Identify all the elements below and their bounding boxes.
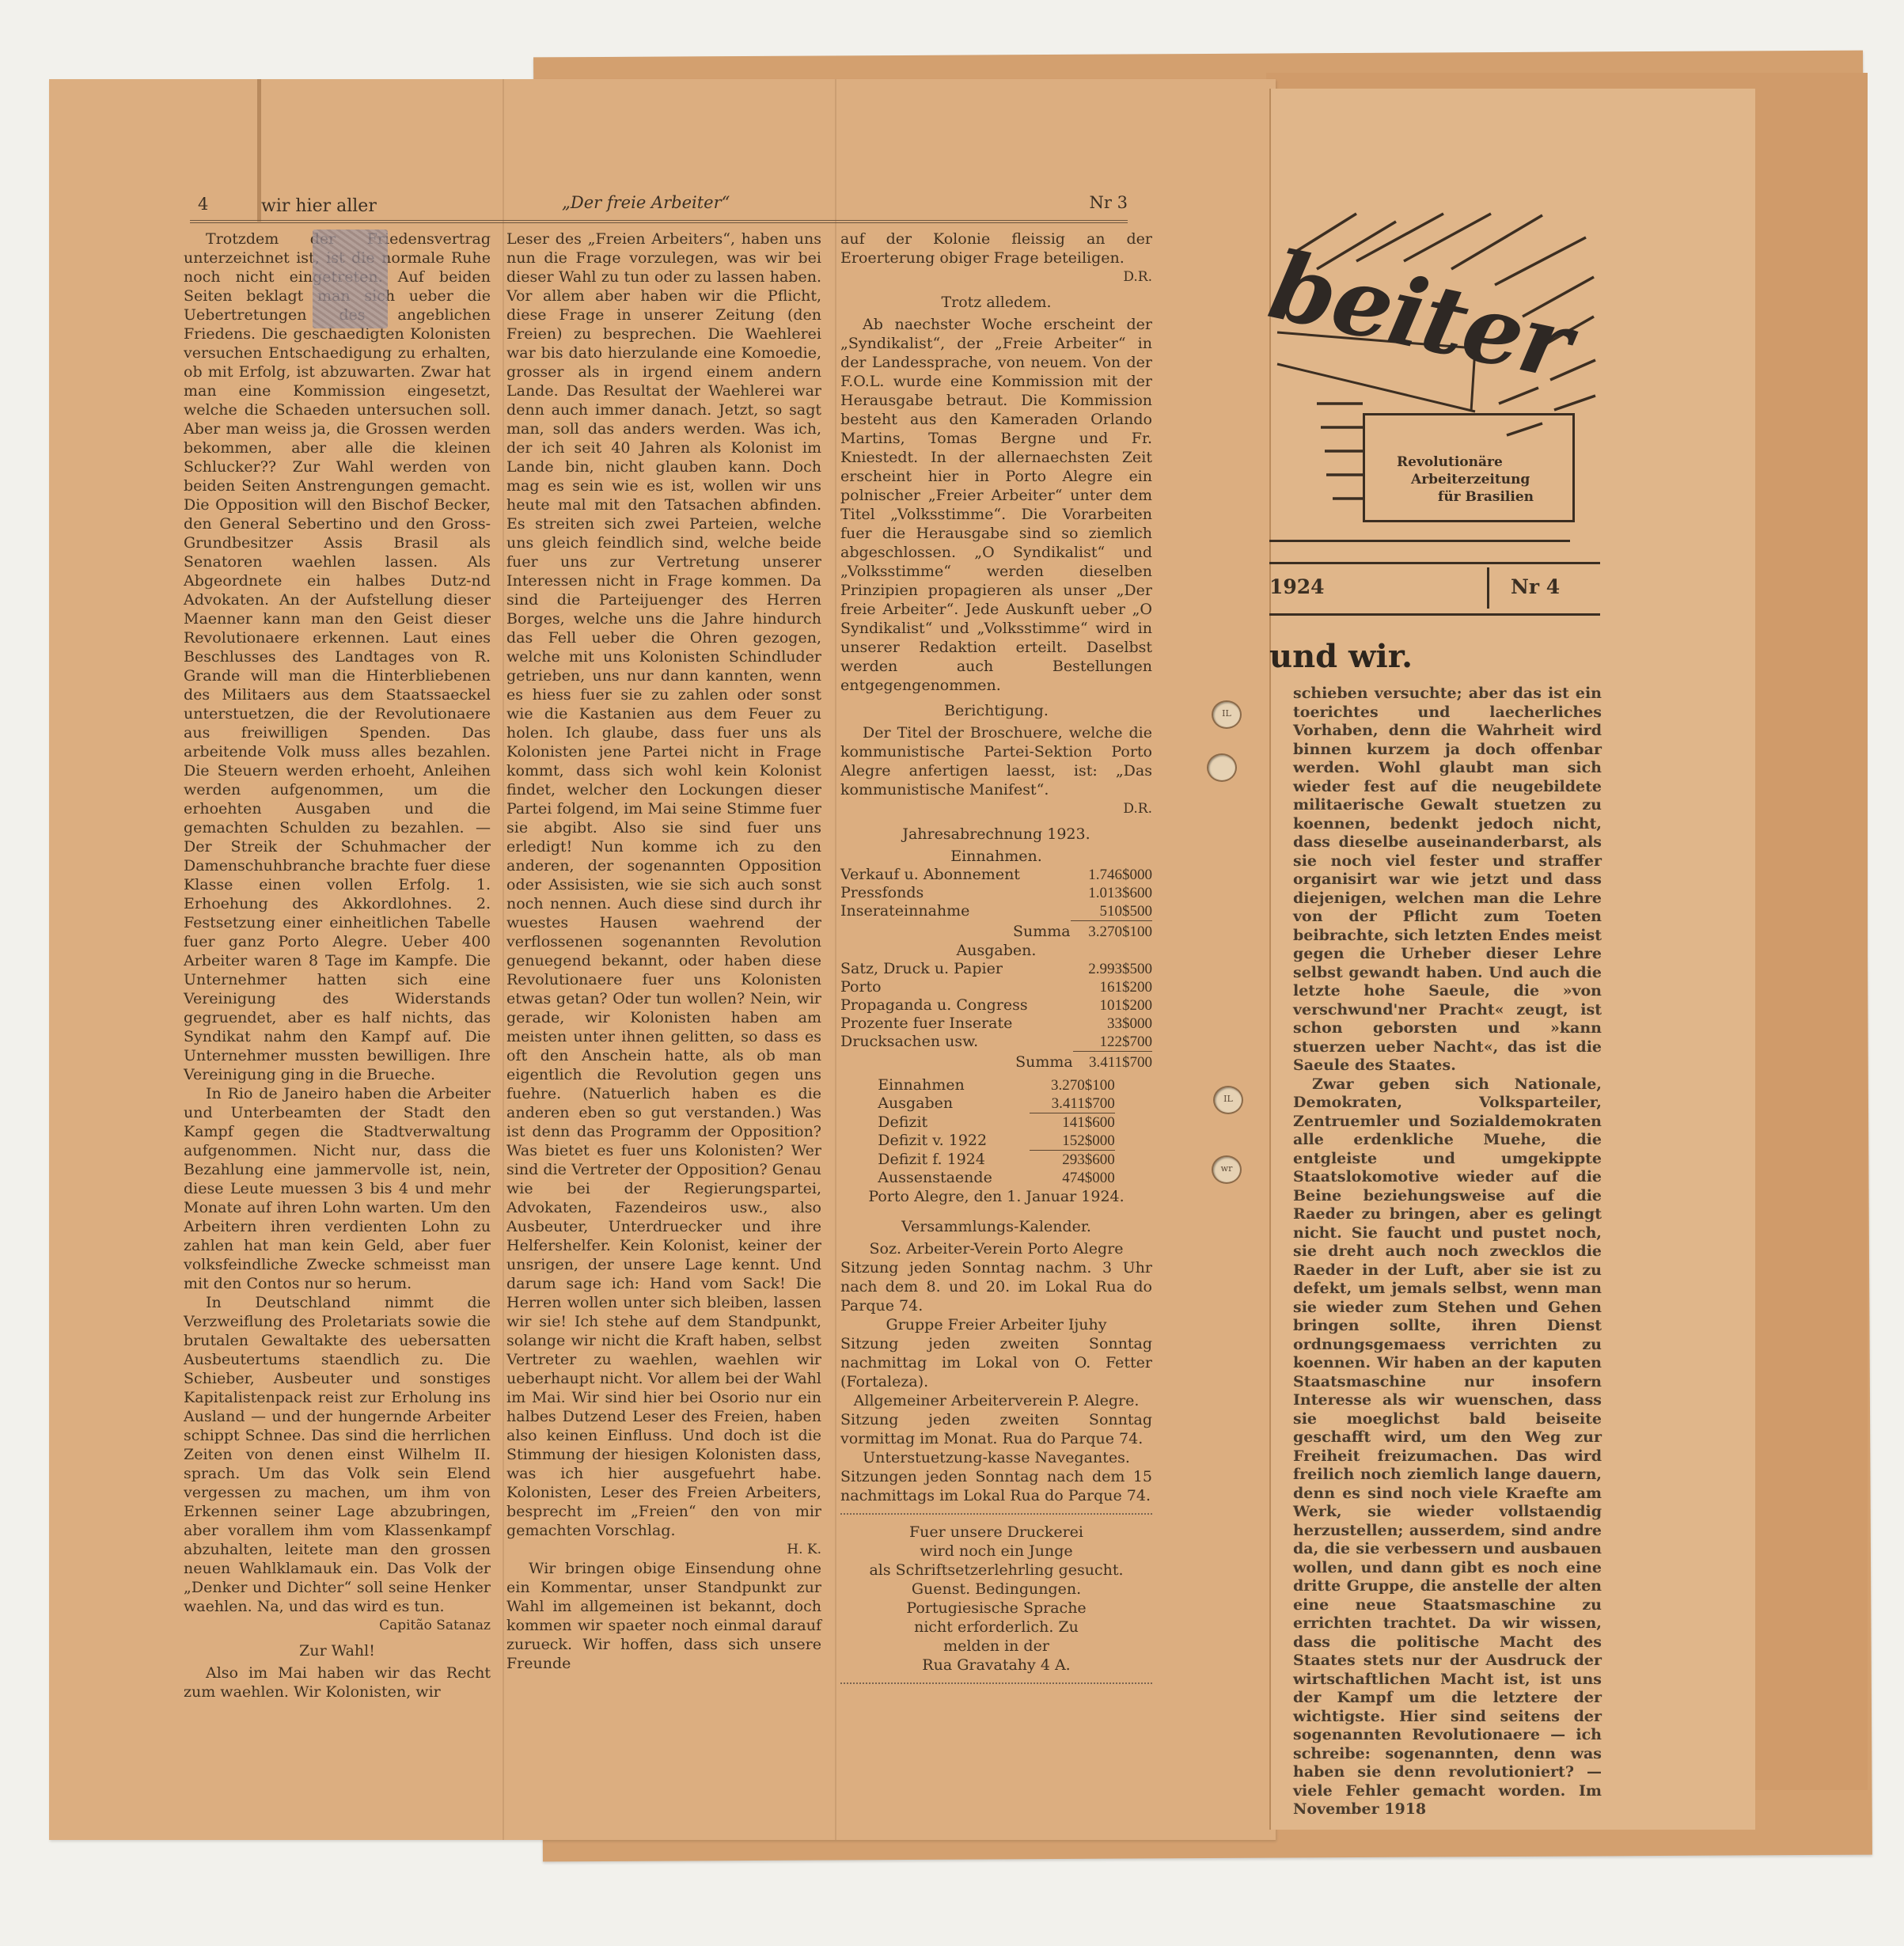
table-row: Prozente fuer Inserate33$000 [840, 1015, 1152, 1033]
punch-hole: IL [1213, 1086, 1243, 1114]
table-row: Pressfonds1.013$600 [840, 884, 1152, 902]
divider [1487, 567, 1489, 609]
article-column-right: schieben versuchte; aber das ist ein toe… [1293, 685, 1602, 1819]
issue-number: Nr 3 [1090, 193, 1128, 212]
article-column-3: auf der Kolonie fleissig an der Eroerter… [840, 229, 1152, 1692]
masthead: beiter Revolutionäre Arbeiterzeitung für… [1269, 198, 1602, 546]
table-row-sum: Summa3.270$100 [840, 921, 1152, 942]
paragraph: Trotzdem der Friedensvertrag unterzeichn… [184, 229, 491, 1084]
income-heading: Einnahmen. [840, 847, 1152, 866]
calendar-text: Sitzung jeden zweiten Sonntag vormittag … [840, 1410, 1152, 1448]
job-advert: Fuer unsere Druckerei wird noch ein Jung… [840, 1523, 1152, 1675]
column-fold-line [835, 79, 836, 1840]
article-column-2: Leser des „Freien Arbeiters“, haben uns … [506, 229, 821, 1673]
expense-table: Satz, Druck u. Papier2.993$500 Porto161$… [840, 960, 1152, 1072]
table-row: Satz, Druck u. Papier2.993$500 [840, 960, 1152, 978]
divider [1269, 540, 1570, 542]
paragraph: Zwar geben sich Nationale, Demokraten, V… [1293, 1075, 1602, 1819]
section-heading: Zur Wahl! [184, 1641, 491, 1660]
table-row: Defizit f. 1924293$600 [878, 1151, 1114, 1170]
newspaper-title: „Der freie Arbeiter“ [562, 193, 730, 212]
paragraph: schieben versuchte; aber das ist ein toe… [1293, 685, 1602, 1075]
calendar-org: Unterstuetzung-kasse Navegantes. [840, 1448, 1152, 1467]
dotted-divider [840, 1513, 1152, 1515]
punch-hole [1207, 753, 1237, 782]
table-row: Porto161$200 [840, 978, 1152, 996]
author-signature: Capitão Satanaz [184, 1616, 491, 1635]
masthead-subtitle: Revolutionäre Arbeiterzeitung für Brasil… [1397, 453, 1534, 506]
postage-stamp [313, 229, 388, 328]
table-row: Ausgaben3.411$700 [878, 1094, 1114, 1113]
paragraph: Leser des „Freien Arbeiters“, haben uns … [506, 229, 821, 1540]
calendar-org: Soz. Arbeiter-Verein Porto Alegre [840, 1239, 1152, 1258]
section-heading: Trotz alledem. [840, 293, 1152, 312]
calendar-title: Versammlungs-Kalender. [840, 1217, 1152, 1236]
table-row: Verkauf u. Abonnement1.746$000 [840, 866, 1152, 884]
calendar-text: Sitzung jeden Sonntag nachm. 3 Uhr nach … [840, 1258, 1152, 1315]
section-heading: Berichtigung. [840, 701, 1152, 720]
page-number: 4 [198, 195, 208, 214]
dotted-divider [840, 1682, 1152, 1684]
punch-hole: IL [1212, 700, 1242, 729]
calendar-org: Allgemeiner Arbeiterverein P. Alegre. [840, 1391, 1152, 1410]
calendar-org: Gruppe Freier Arbeiter Ijuhy [840, 1315, 1152, 1334]
paragraph: Ab naechster Woche erscheint der „Syndik… [840, 315, 1152, 695]
table-row: Inserateinnahme510$500 [840, 902, 1152, 921]
column-fold-line [503, 79, 504, 1840]
running-head: 4 wir hier aller „Der freie Arbeiter“ Nr… [190, 188, 1128, 223]
calendar-text: Sitzung jeden zweiten Sonntag nachmittag… [840, 1334, 1152, 1391]
paragraph: Wir bringen obige Einsendung ohne ein Ko… [506, 1559, 821, 1673]
punch-hole: wr [1212, 1155, 1242, 1184]
table-row: Defizit141$600 [878, 1113, 1114, 1132]
paragraph: auf der Kolonie fleissig an der Eroerter… [840, 229, 1152, 267]
article-headline: und wir. [1269, 638, 1413, 675]
table-row-sum: Summa3.411$700 [840, 1052, 1152, 1072]
income-table: Verkauf u. Abonnement1.746$000 Pressfond… [840, 866, 1152, 941]
issue-dateline: 1924 Nr 4 [1269, 562, 1600, 616]
paragraph: Der Titel der Broschuere, welche die kom… [840, 723, 1152, 799]
accounts-dateline: Porto Alegre, den 1. Januar 1924. [840, 1187, 1152, 1206]
masthead-subtitle-box: Revolutionäre Arbeiterzeitung für Brasil… [1363, 413, 1575, 522]
table-row: Defizit v. 1922152$000 [878, 1132, 1114, 1151]
issue-number: Nr 4 [1511, 575, 1560, 598]
paragraph: Also im Mai haben wir das Recht zum waeh… [184, 1663, 491, 1701]
table-row: Einnahmen3.270$100 [878, 1076, 1114, 1094]
article-column-1: Trotzdem der Friedensvertrag unterzeichn… [184, 229, 491, 1701]
table-row: Aussenstaende474$000 [878, 1169, 1114, 1187]
balance-table: Einnahmen3.270$100 Ausgaben3.411$700 Def… [878, 1076, 1114, 1187]
table-row: Propaganda u. Congress101$200 [840, 996, 1152, 1015]
accounts-title: Jahresabrechnung 1923. [840, 825, 1152, 844]
expense-heading: Ausgaben. [840, 941, 1152, 960]
author-signature: D.R. [840, 267, 1152, 286]
header-fragment: wir hier aller [261, 196, 377, 216]
table-row: Drucksachen usw.122$700 [840, 1033, 1152, 1052]
author-signature: H. K. [506, 1540, 821, 1559]
calendar-text: Sitzungen jeden Sonntag nach dem 15 nach… [840, 1467, 1152, 1505]
issue-year: 1924 [1269, 575, 1325, 598]
paragraph: In Deutschland nimmt die Verzweiflung de… [184, 1293, 491, 1616]
paragraph: In Rio de Janeiro haben die Arbeiter und… [184, 1084, 491, 1293]
author-signature: D.R. [840, 799, 1152, 818]
